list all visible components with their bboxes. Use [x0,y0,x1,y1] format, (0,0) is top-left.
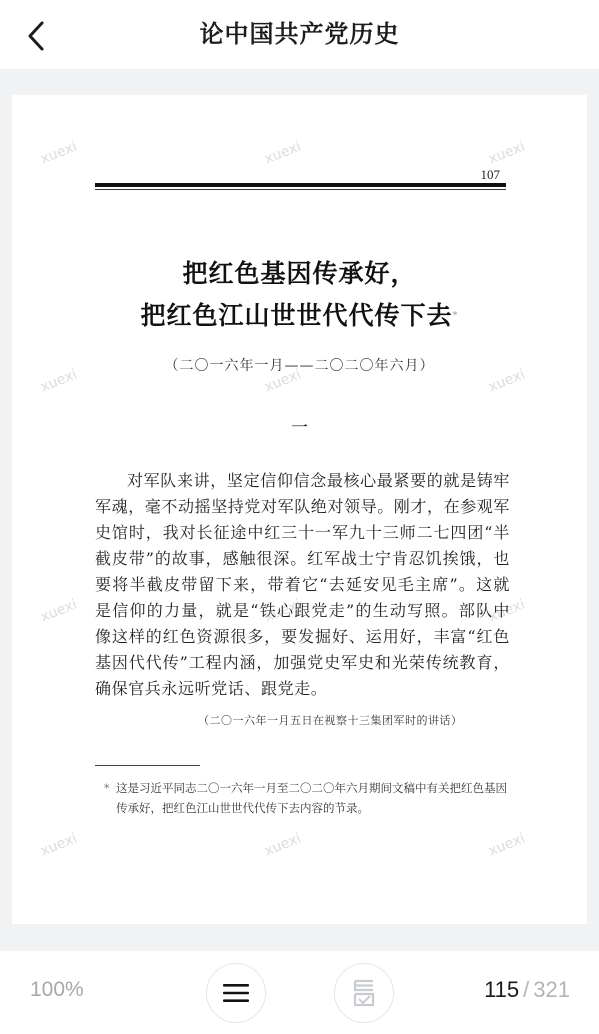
book-page: xuexi xuexi xuexi xuexi xuexi xuexi xuex… [12,95,587,924]
printed-page-number: 107 [481,167,501,183]
chapter-title-line-1: 把红色基因传承好， [12,253,587,295]
page-separator: / [519,977,533,1002]
footnote-divider [95,765,200,766]
reader-viewport[interactable]: xuexi xuexi xuexi xuexi xuexi xuexi xuex… [0,69,599,951]
running-head: 107 [95,161,506,191]
bookmark-check-icon [351,978,377,1008]
watermark: xuexi [38,139,79,168]
table-of-contents-button[interactable] [206,963,266,1023]
top-nav-bar: 论中国共产党历史 [0,0,599,69]
header-rule-thick [95,183,506,187]
watermark: xuexi [486,831,527,860]
footnote-text: 这是习近平同志二〇一六年一月至二〇二〇年六月期间文稿中有关把红色基因传承好，把红… [116,781,507,815]
watermark: xuexi [262,831,303,860]
hamburger-menu-icon [222,982,250,1004]
body-paragraph: 对军队来讲，坚定信仰信念最核心最紧要的就是铸牢军魂，毫不动摇坚持党对军队绝对领导… [95,468,510,702]
book-title: 论中国共产党历史 [0,16,599,52]
chapter-title: 把红色基因传承好， 把红色江山世世代代传下去* [12,253,587,337]
footnote: * 这是习近平同志二〇一六年一月至二〇二〇年六月期间文稿中有关把红色基因传承好，… [116,779,510,818]
date-range: （二〇一六年一月——二〇二〇年六月） [12,355,587,375]
zoom-level[interactable]: 100% [30,978,84,1002]
watermark: xuexi [38,597,79,626]
bottom-toolbar: 100% 115/321 [0,951,599,1034]
page-indicator[interactable]: 115/321 [484,977,570,1003]
section-number: 一 [12,413,587,438]
source-note: （二〇一六年一月五日在视察十三集团军时的讲话） [198,712,463,728]
header-rule-thin [95,189,506,190]
chapter-title-line-2: 把红色江山世世代代传下去* [12,295,587,337]
bookmark-button[interactable] [334,963,394,1023]
current-page: 115 [484,977,519,1002]
total-pages: 321 [533,977,570,1002]
footnote-reference: * [453,310,459,321]
footnote-marker: * [104,779,110,799]
watermark: xuexi [38,831,79,860]
